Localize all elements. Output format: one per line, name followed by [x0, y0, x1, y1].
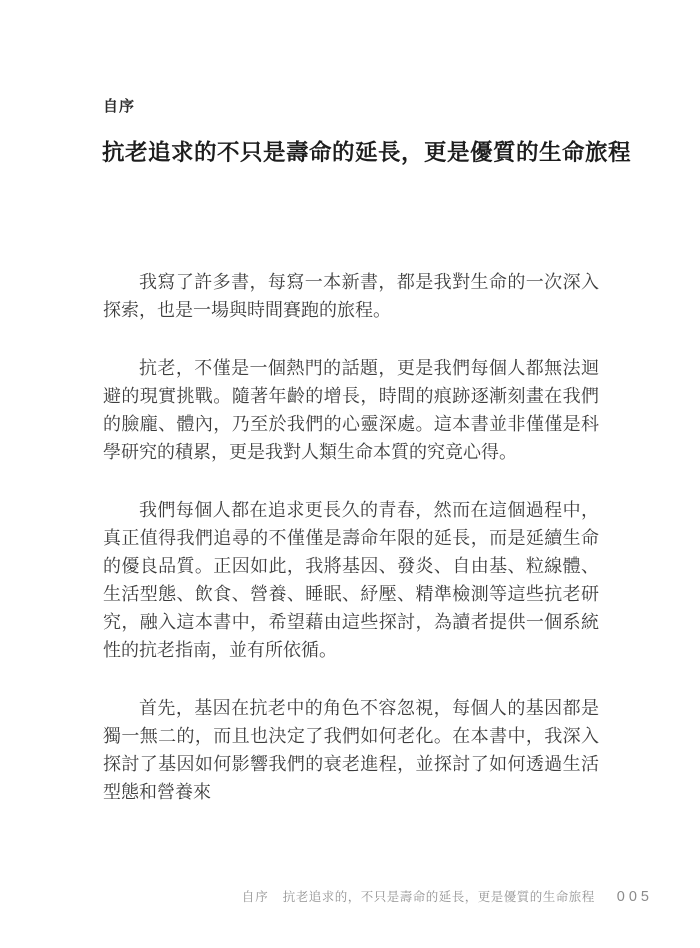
paragraph: 抗老，不僅是一個熱門的話題，更是我們每個人都無法迴避的現實挑戰。隨著年齡的增長，… [103, 354, 599, 466]
page-title: 抗老追求的不只是壽命的延長，更是優質的生命旅程 [102, 137, 662, 169]
section-label: 自序 [103, 97, 135, 117]
footer-section-label: 自序 [242, 887, 269, 905]
paragraph: 我寫了許多書，每寫一本新書，都是我對生命的一次深入探索，也是一場與時間賽跑的旅程… [103, 268, 599, 324]
body-text: 我寫了許多書，每寫一本新書，都是我對生命的一次深入探索，也是一場與時間賽跑的旅程… [103, 268, 599, 836]
footer-page-number: 005 [617, 889, 653, 905]
footer-running-title: 抗老追求的，不只是壽命的延長，更是優質的生命旅程 [283, 887, 595, 905]
paragraph: 首先，基因在抗老中的角色不容忽視，每個人的基因都是獨一無二的，而且也決定了我們如… [103, 694, 599, 806]
book-page: 自序 抗老追求的不只是壽命的延長，更是優質的生命旅程 我寫了許多書，每寫一本新書… [0, 0, 700, 948]
paragraph: 我們每個人都在追求更長久的青春，然而在這個過程中，真正值得我們追尋的不僅僅是壽命… [103, 496, 599, 664]
page-footer: 自序 抗老追求的，不只是壽命的延長，更是優質的生命旅程 005 [242, 887, 653, 905]
